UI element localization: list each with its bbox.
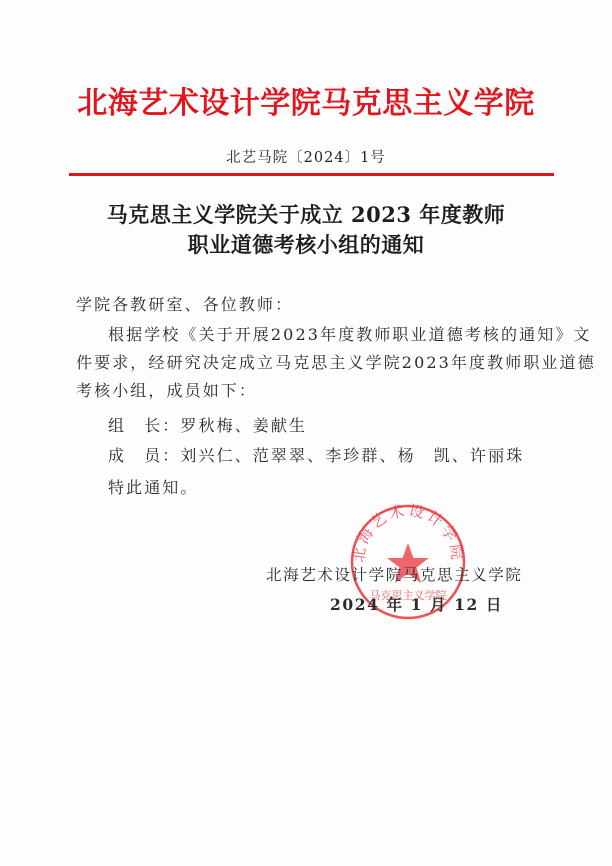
- group-member-label: 成 员：: [108, 446, 180, 465]
- group-leader-names: 罗秋梅、姜献生: [180, 416, 307, 435]
- group-leaders-line: 组 长：罗秋梅、姜献生: [108, 413, 307, 436]
- group-member-names: 刘兴仁、范翠翠、李珍群、杨 凯、许丽珠: [180, 446, 524, 465]
- document-number: 北艺马院〔2024〕1号: [0, 146, 612, 167]
- paragraph-line-3: 考核小组，成员如下：: [76, 378, 257, 401]
- red-divider-rule: [69, 173, 554, 176]
- paragraph-line-1: 根据学校《关于开展2023年度教师职业道德考核的通知》文: [108, 322, 592, 345]
- closing-remark: 特此通知。: [108, 475, 199, 498]
- letterhead-organization: 北海艺术设计学院马克思主义学院: [0, 78, 612, 122]
- paragraph-line-2: 件要求，经研究决定成立马克思主义学院2023年度教师职业道德: [76, 350, 596, 373]
- notice-title-line1: 马克思主义学院关于成立 2023 年度教师: [0, 199, 612, 229]
- issue-date: 2024 年 1 月 12 日: [330, 593, 503, 615]
- notice-title-line2: 职业道德考核小组的通知: [0, 229, 612, 259]
- issuer-signature: 北海艺术设计学院马克思主义学院: [266, 563, 523, 585]
- group-members-line: 成 员：刘兴仁、范翠翠、李珍群、杨 凯、许丽珠: [108, 443, 524, 466]
- salutation: 学院各教研室、各位教师：: [76, 292, 293, 315]
- group-leader-label: 组 长：: [108, 416, 180, 435]
